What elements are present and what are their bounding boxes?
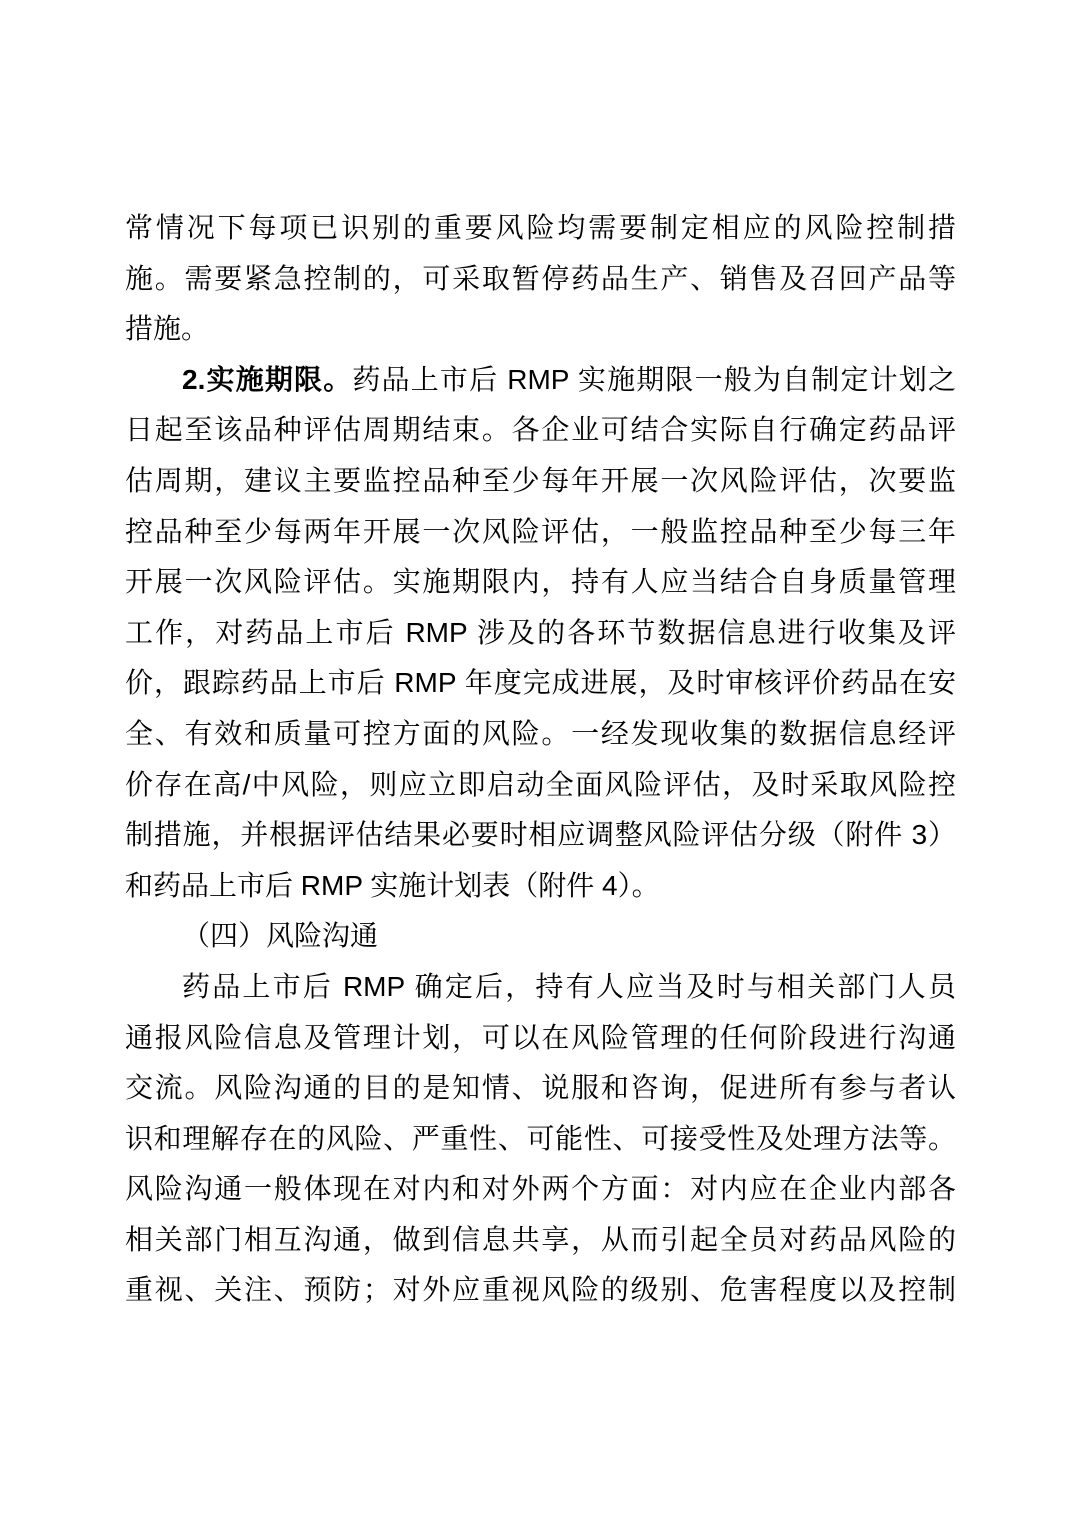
text-line: 开展一次风险评估。实施期限内，持有人应当结合自身质量管理 xyxy=(125,557,956,608)
text-line: 制措施，并根据评估结果必要时相应调整风险评估分级（附件 3） xyxy=(125,810,956,861)
text-line: 估周期，建议主要监控品种至少每年开展一次风险评估，次要监 xyxy=(125,456,956,507)
bold-heading: 2.实施期限。 xyxy=(182,364,352,395)
text-line: 控品种至少每两年开展一次风险评估，一般监控品种至少每三年 xyxy=(125,507,956,558)
text-line: 常情况下每项已识别的重要风险均需要制定相应的风险控制措 xyxy=(125,203,956,254)
text-line: 药品上市后 RMP 确定后，持有人应当及时与相关部门人员 xyxy=(125,962,956,1013)
text-line: 日起至该品种评估周期结束。各企业可结合实际自行确定药品评 xyxy=(125,405,956,456)
text-line: 交流。风险沟通的目的是知情、说服和咨询，促进所有参与者认 xyxy=(125,1063,956,1114)
text-line: 价，跟踪药品上市后 RMP 年度完成进展，及时审核评价药品在安 xyxy=(125,658,956,709)
text-line: 重视、关注、预防；对外应重视风险的级别、危害程度以及控制 xyxy=(125,1265,956,1316)
text-line: 工作，对药品上市后 RMP 涉及的各环节数据信息进行收集及评 xyxy=(125,608,956,659)
text-line: 全、有效和质量可控方面的风险。一经发现收集的数据信息经评 xyxy=(125,709,956,760)
text-line: （四）风险沟通 xyxy=(125,911,956,962)
text-line: 相关部门相互沟通，做到信息共享，从而引起全员对药品风险的 xyxy=(125,1215,956,1266)
text-line: 价存在高/中风险，则应立即启动全面风险评估，及时采取风险控 xyxy=(125,760,956,811)
text-line: 措施。 xyxy=(125,304,956,355)
text-line: 识和理解存在的风险、严重性、可能性、可接受性及处理方法等。 xyxy=(125,1114,956,1165)
text-line: 施。需要紧急控制的，可采取暂停药品生产、销售及召回产品等 xyxy=(125,254,956,305)
text-line: 和药品上市后 RMP 实施计划表（附件 4）。 xyxy=(125,861,956,912)
text-line: 通报风险信息及管理计划，可以在风险管理的任何阶段进行沟通 xyxy=(125,1013,956,1064)
text-line: 风险沟通一般体现在对内和对外两个方面：对内应在企业内部各 xyxy=(125,1164,956,1215)
text-line: 2.实施期限。药品上市后 RMP 实施期限一般为自制定计划之 xyxy=(125,355,956,406)
document-page: 常情况下每项已识别的重要风险均需要制定相应的风险控制措施。需要紧急控制的，可采取… xyxy=(0,0,1080,1527)
text-block: 常情况下每项已识别的重要风险均需要制定相应的风险控制措施。需要紧急控制的，可采取… xyxy=(125,203,956,1316)
